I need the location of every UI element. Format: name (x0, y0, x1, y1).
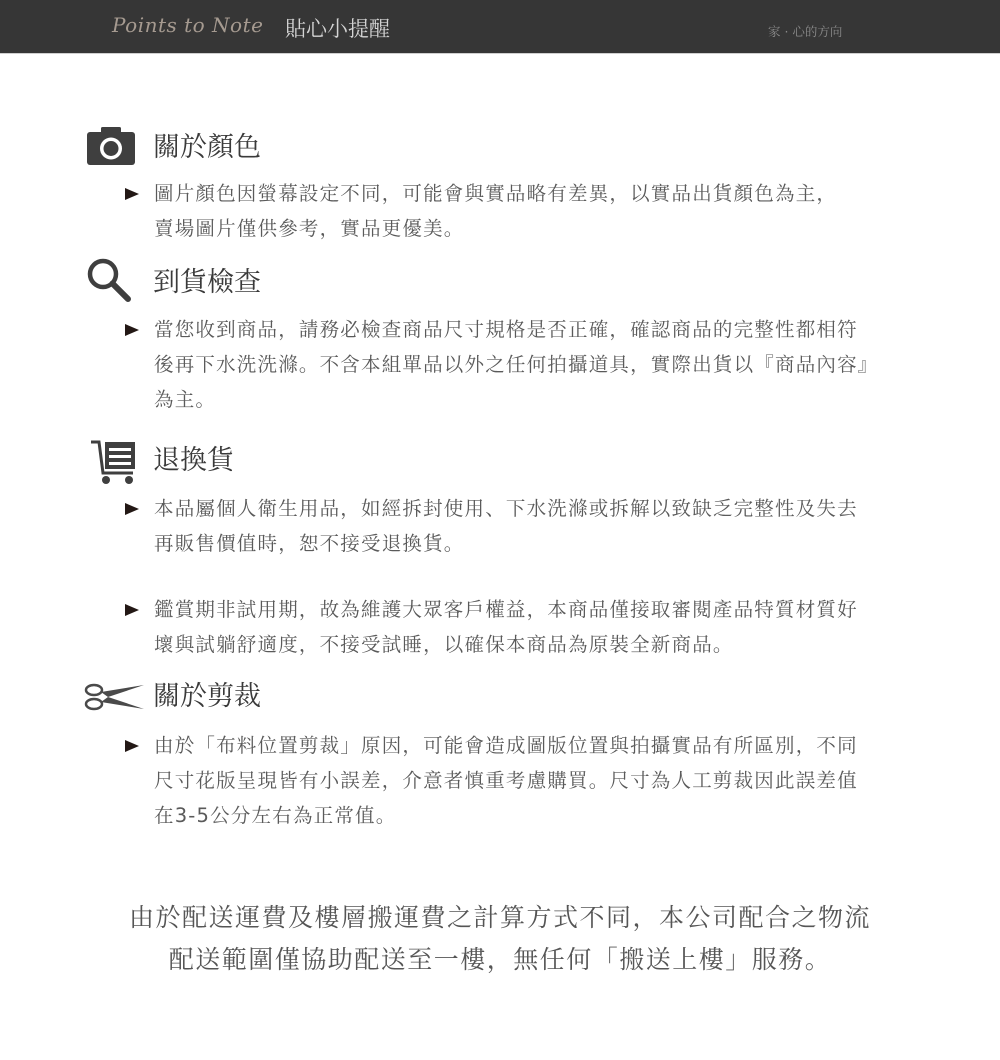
section-title-cutting: 關於剪裁 (153, 680, 261, 714)
header-bar: Points to Note 貼心小提醒 家 · 心的方向 (0, 0, 1000, 54)
bullet-arrow-icon (125, 604, 139, 616)
magnifier-icon (85, 256, 133, 308)
shipping-note: 由於配送運費及樓層搬運費之計算方式不同，本公司配合之物流 配送範圍僅協助配送至一… (0, 897, 1000, 981)
camera-icon (87, 127, 135, 169)
scissors-icon (84, 683, 146, 715)
section-text-cutting: 由於「布料位置剪裁」原因，可能會造成圖版位置與拍攝實品有所區別，不同 尺寸花版呈… (154, 728, 944, 833)
bullet-arrow-icon (125, 188, 139, 200)
brand-script-title: Points to Note (112, 13, 263, 37)
section-title-color: 關於顏色 (153, 131, 261, 165)
shipping-note-line-2: 配送範圍僅協助配送至一樓，無任何「搬送上樓」服務。 (0, 939, 1000, 981)
section-title-returns: 退換貨 (153, 444, 234, 478)
section-text-color: 圖片顏色因螢幕設定不同，可能會與實品略有差異，以實品出貨顏色為主， 賣場圖片僅供… (154, 176, 944, 246)
page-title: 貼心小提醒 (285, 13, 390, 43)
section-text-returns-1: 本品屬個人衛生用品，如經拆封使用、下水洗滌或拆解以致缺乏完整性及失去 再販售價值… (154, 491, 944, 561)
shipping-note-line-1: 由於配送運費及樓層搬運費之計算方式不同，本公司配合之物流 (0, 897, 1000, 939)
bullet-arrow-icon (125, 324, 139, 336)
section-text-arrival-check: 當您收到商品，請務必檢查商品尺寸規格是否正確，確認商品的完整性都相符 後再下水洗… (154, 312, 944, 417)
shopping-cart-icon (91, 439, 139, 489)
section-text-returns-2: 鑑賞期非試用期，故為維護大眾客戶權益，本商品僅接取審閱產品特質材質好 壞與試躺舒… (154, 592, 944, 662)
bullet-arrow-icon (125, 740, 139, 752)
brand-tagline: 家 · 心的方向 (768, 22, 842, 40)
bullet-arrow-icon (125, 503, 139, 515)
section-title-arrival-check: 到貨檢查 (153, 266, 261, 300)
